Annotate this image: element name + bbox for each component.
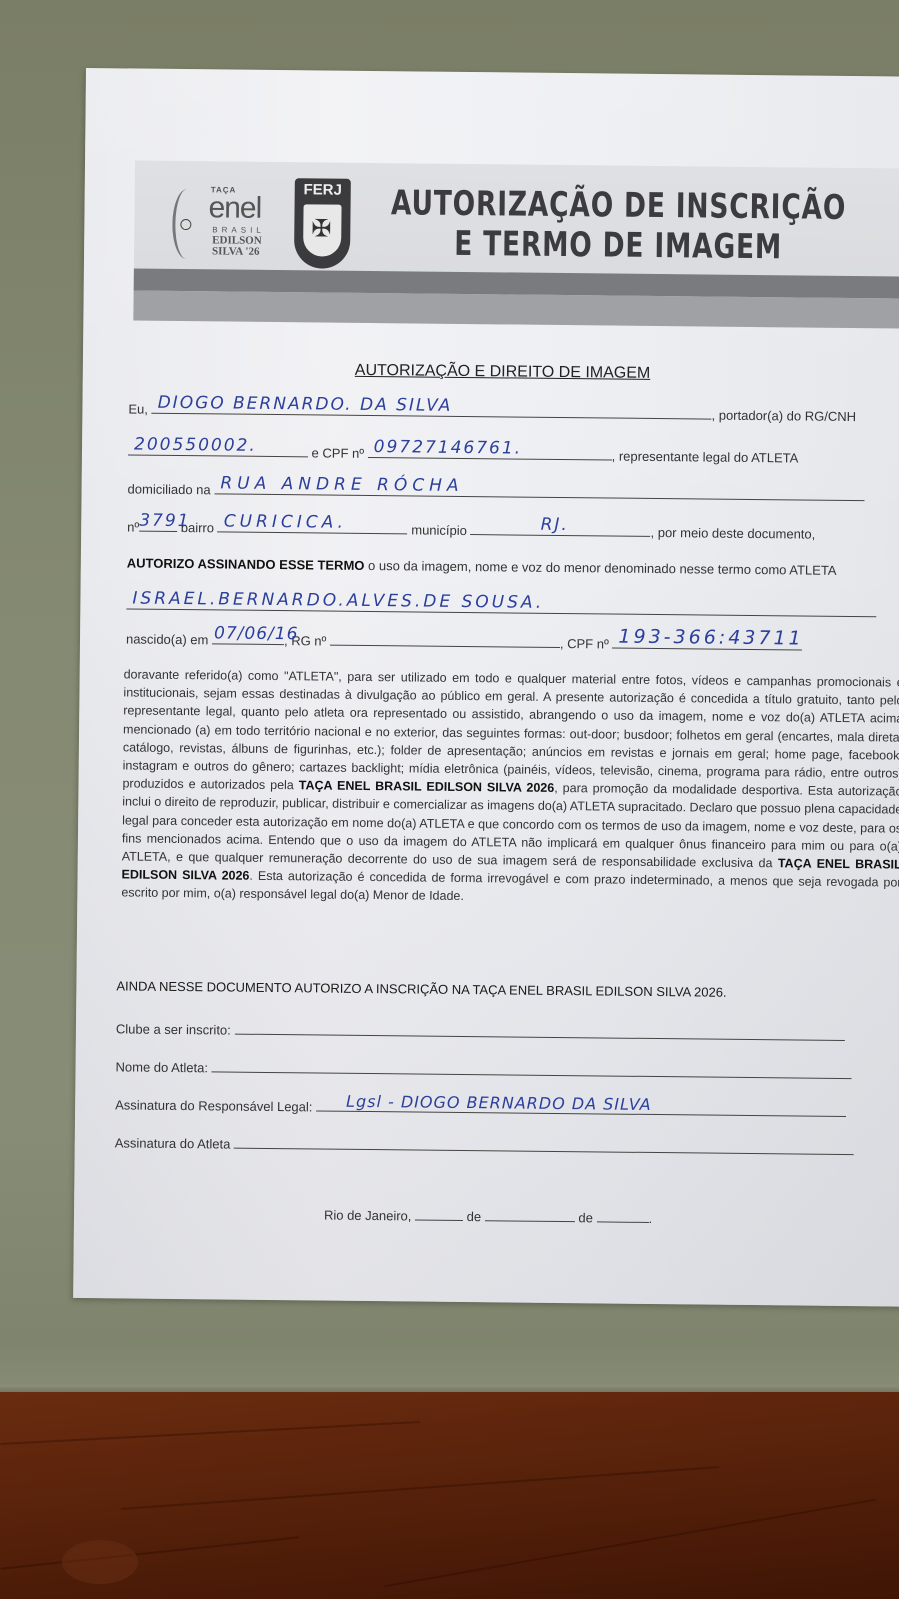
municipio-field[interactable]: RJ. bbox=[471, 520, 651, 537]
day-field[interactable] bbox=[415, 1206, 463, 1222]
guardian-cpf-field[interactable]: 09727146761. bbox=[368, 443, 612, 461]
athlete-cpf-field[interactable]: 193-366:43711 bbox=[612, 634, 802, 651]
year-field[interactable] bbox=[596, 1207, 648, 1223]
form-paper: TAÇA enel BRASIL EDILSONSILVA '26 FERJ ✠… bbox=[73, 68, 899, 1307]
date-line: Rio de Janeiro, de de . bbox=[324, 1205, 652, 1226]
month-field[interactable] bbox=[485, 1206, 575, 1222]
birth-date-field[interactable]: 07/06/16 bbox=[212, 629, 284, 645]
taca-enel-logo: TAÇA enel BRASIL EDILSONSILVA '26 bbox=[172, 179, 293, 270]
ferj-logo: FERJ ✠ bbox=[294, 178, 351, 269]
shield-icon: ✠ bbox=[303, 204, 342, 256]
image-rights-paragraph: doravante referido(a) como "ATLETA", par… bbox=[121, 665, 899, 910]
document-title: AUTORIZAÇÃO DE INSCRIÇÃO E TERMO DE IMAG… bbox=[384, 183, 853, 268]
section-title: AUTORIZAÇÃO E DIREITO DE IMAGEM bbox=[355, 362, 651, 383]
number-field[interactable]: 3791 bbox=[139, 517, 177, 532]
wood-knot bbox=[62, 1540, 138, 1584]
athlete-rg-field[interactable] bbox=[330, 631, 560, 648]
guardian-rg-field[interactable]: 200550002. bbox=[128, 440, 308, 457]
soccer-ball-icon bbox=[180, 219, 191, 230]
bairro-field[interactable]: CURICICA. bbox=[218, 517, 408, 534]
